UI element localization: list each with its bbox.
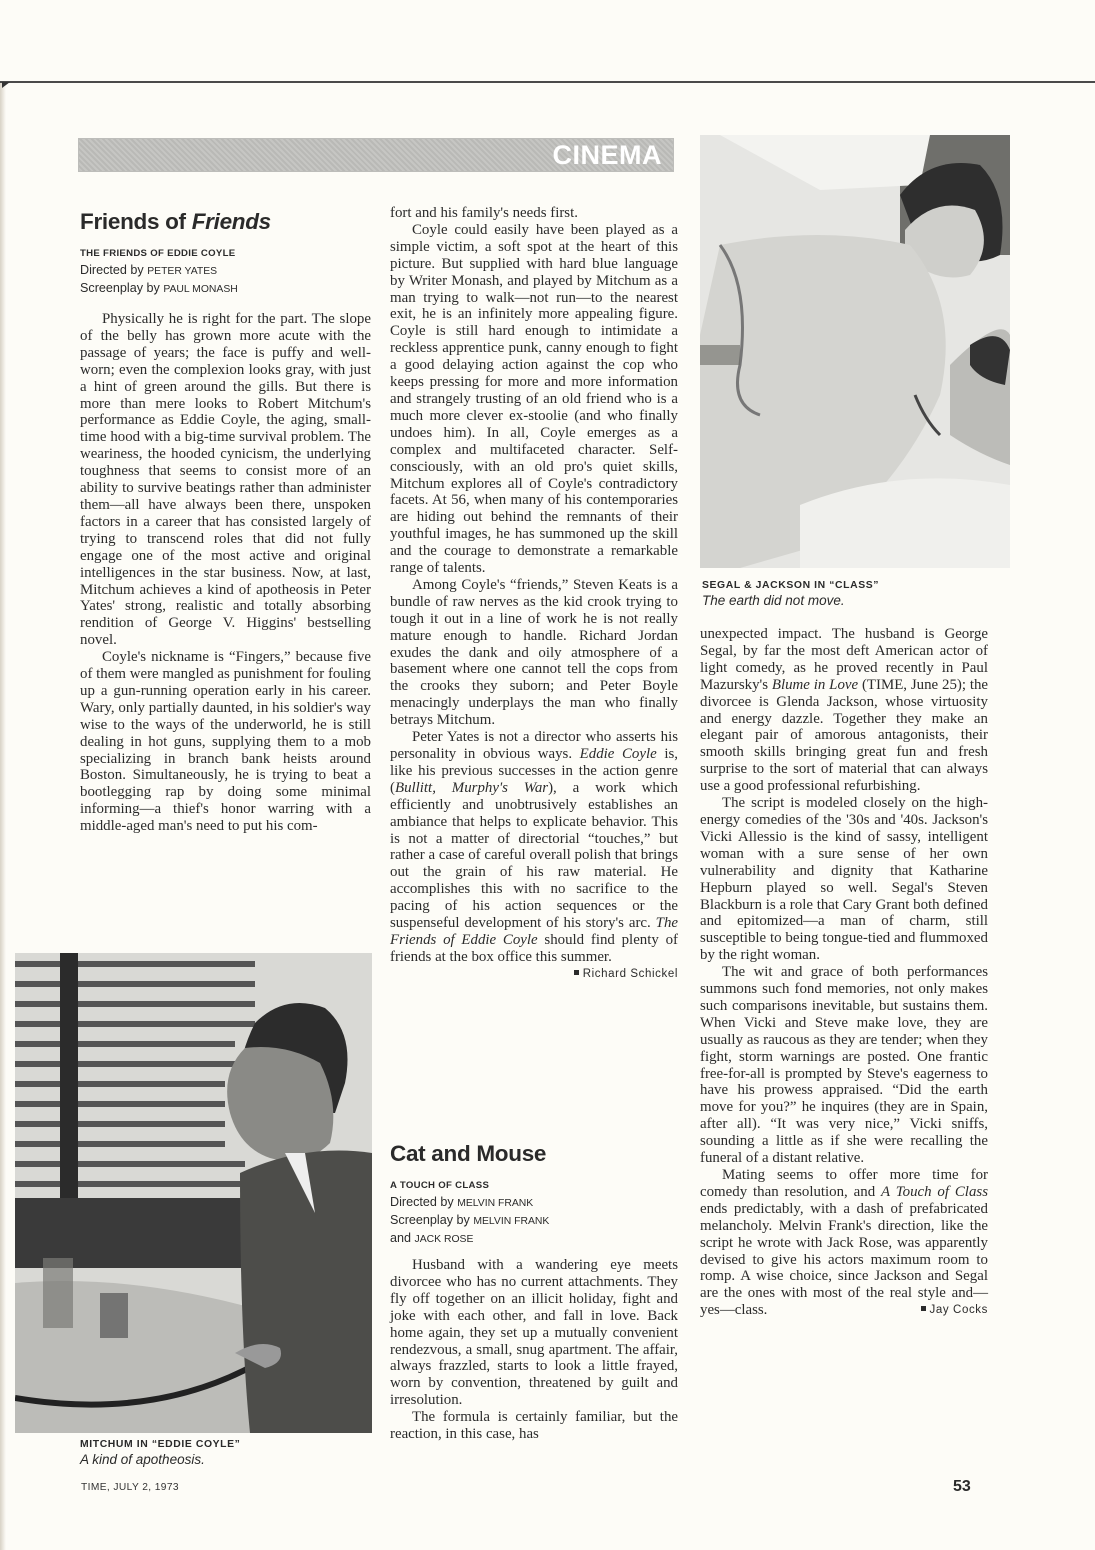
film-title: A TOUCH OF CLASS (390, 1177, 549, 1194)
photo-mitchum-caption: MITCHUM IN “EDDIE COYLE” A kind of apoth… (80, 1437, 240, 1468)
review2-body-col2: Husband with a wandering eye meets divor… (390, 1257, 678, 1443)
page-binding-edge (0, 83, 6, 1550)
director-credit: Directed by MELVIN FRANK (390, 1194, 549, 1212)
writer-credit: Screenplay by PAUL MONASH (80, 280, 238, 298)
section-label: CINEMA (553, 140, 663, 171)
paragraph-continuation: fort and his family's needs first. (390, 205, 678, 222)
end-mark-icon (921, 1306, 926, 1311)
byline-richard-schickel: Richard Schickel (574, 966, 678, 983)
byline-jay-cocks: Jay Cocks (921, 1302, 988, 1319)
photo-mitchum (15, 953, 372, 1433)
paragraph: Coyle could easily have been played as a… (390, 222, 678, 577)
photo-mitchum-image (15, 953, 372, 1433)
headline-text: Friends of (80, 209, 192, 234)
paragraph: The wit and grace of both performances s… (700, 964, 988, 1167)
review1-headline: Friends of Friends (80, 209, 271, 235)
writer-credit-2: and JACK ROSE (390, 1230, 549, 1248)
paragraph: Coyle's nickname is “Fingers,” because f… (80, 649, 371, 835)
paragraph: The script is modeled closely on the hig… (700, 795, 988, 964)
film-title: THE FRIENDS OF EDDIE COYLE (80, 245, 238, 262)
director-credit: Directed by PETER YATES (80, 262, 238, 280)
paragraph-continuation: unexpected impact. The husband is George… (700, 626, 988, 795)
review2-headline: Cat and Mouse (390, 1141, 546, 1167)
photo-segal-jackson-image (700, 135, 1010, 568)
page-top-rule (0, 81, 1095, 83)
paragraph: Physically he is right for the part. The… (80, 311, 371, 649)
review1-body-col2: fort and his family's needs first. Coyle… (390, 205, 678, 983)
review1-credits: THE FRIENDS OF EDDIE COYLE Directed by P… (80, 245, 238, 298)
paragraph: Among Coyle's “friends,” Steven Keats is… (390, 577, 678, 729)
end-mark-icon (574, 970, 579, 975)
paragraph: Mating seems to offer more time for come… (700, 1167, 988, 1319)
caption-subtitle: A kind of apotheosis. (80, 1452, 240, 1468)
section-banner: CINEMA (78, 138, 674, 172)
paragraph: Husband with a wandering eye meets divor… (390, 1257, 678, 1409)
writer-credit: Screenplay by MELVIN FRANK (390, 1212, 549, 1230)
publication-date: TIME, JULY 2, 1973 (81, 1482, 179, 1493)
caption-title: MITCHUM IN “EDDIE COYLE” (80, 1437, 240, 1452)
caption-title: SEGAL & JACKSON IN “CLASS” (702, 578, 879, 593)
review2-body-col3: unexpected impact. The husband is George… (700, 626, 988, 1319)
page-number: 53 (953, 1478, 971, 1496)
review1-body-col1: Physically he is right for the part. The… (80, 311, 371, 835)
headline-italic-text: Friends (192, 209, 271, 234)
paragraph: Peter Yates is not a director who assert… (390, 729, 678, 966)
photo-segal-jackson-caption: SEGAL & JACKSON IN “CLASS” The earth did… (702, 578, 879, 609)
paragraph: The formula is certainly familiar, but t… (390, 1409, 678, 1443)
photo-segal-jackson (700, 135, 1010, 568)
review2-credits: A TOUCH OF CLASS Directed by MELVIN FRAN… (390, 1177, 549, 1248)
caption-subtitle: The earth did not move. (702, 593, 879, 609)
